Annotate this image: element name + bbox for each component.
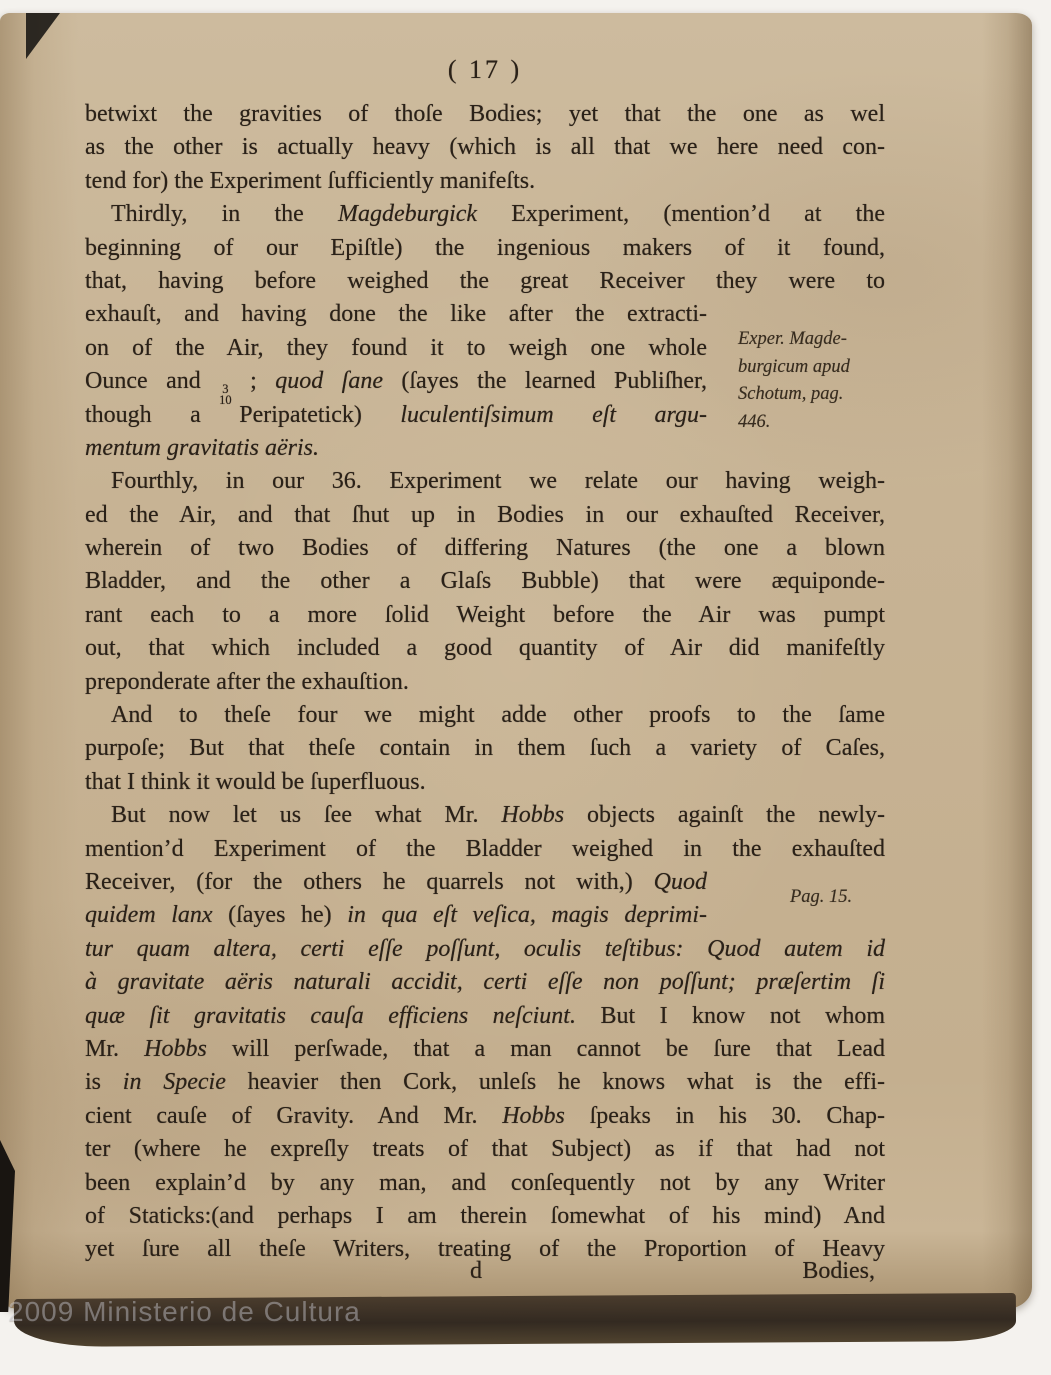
text-line: as the other is actually heavy (which is… — [85, 131, 885, 164]
page-number: ( 17 ) — [85, 55, 885, 85]
text-line: out, that which included a good quantity… — [85, 632, 885, 665]
text-line: à gravitate aëris naturali accidit, cert… — [85, 966, 885, 999]
text-line: quidem lanx (ſayes he) in qua eſt veſica… — [85, 899, 707, 932]
text-line: Thirdly, in the Magdeburgick Experiment,… — [85, 198, 885, 231]
body-text: betwixt the gravities of thoſe Bodies; y… — [85, 98, 885, 1267]
text-line: tur quam altera, certi eſſe poſſunt, ocu… — [85, 933, 885, 966]
text-line: that I think it would be ſuperfluous. — [85, 766, 885, 799]
text-line: Fourthly, in our 36. Experiment we relat… — [85, 465, 885, 498]
text-line: quæ ſit gravitatis cauſa efficiens neſci… — [85, 1000, 885, 1033]
text-line: exhauſt, and having done the like after … — [85, 298, 707, 331]
text-line: that, having before weighed the great Re… — [85, 265, 885, 298]
margin-note-line: 446. — [738, 409, 938, 437]
text-line: though a Peripatetick) luculentiſsimum e… — [85, 399, 707, 432]
text-line: on of the Air, they found it to weigh on… — [85, 332, 707, 365]
text-line: mention’d Experiment of the Bladder weig… — [85, 833, 885, 866]
text-line: of Staticks:(and perhaps I am therein ſo… — [85, 1200, 885, 1233]
text-line: Mr. Hobbs will perſwade, that a man cann… — [85, 1033, 885, 1066]
text-line: rant each to a more ſolid Weight before … — [85, 599, 885, 632]
text-line: preponderate after the exhauſtion. — [85, 666, 885, 699]
margin-note-line: burgicum apud — [738, 354, 938, 382]
margin-note-magdeburg: Exper. Magde-burgicum apudSchotum, pag.4… — [738, 326, 938, 436]
text-line: tend for) the Experiment ſufficiently ma… — [85, 165, 885, 198]
text-line: ter (where he expreſly treats of that Su… — [85, 1133, 885, 1166]
signature-row: d Bodies, — [85, 1258, 885, 1292]
text-line: Ounce and 310 ; quod ſane (ſayes the lea… — [85, 365, 707, 398]
text-line: betwixt the gravities of thoſe Bodies; y… — [85, 98, 885, 131]
text-line: Bladder, and the other a Glaſs Bubble) t… — [85, 565, 885, 598]
binding-corner-shadow — [26, 13, 60, 59]
text-line: But now let us ſee what Mr. Hobbs object… — [85, 799, 885, 832]
text-line: cient cauſe of Gravity. And Mr. Hobbs ſp… — [85, 1100, 885, 1133]
text-line: is in Specie heavier then Cork, unleſs h… — [85, 1066, 885, 1099]
signature-mark: d — [470, 1258, 482, 1285]
text-column: ( 17 ) betwixt the gravities of thoſe Bo… — [85, 0, 885, 1375]
margin-note-line: Exper. Magde- — [738, 326, 938, 354]
margin-note-pag15: Pag. 15. — [790, 884, 990, 912]
text-line: And to theſe four we might adde other pr… — [85, 699, 885, 732]
text-line: mentum gravitatis aëris. — [85, 432, 885, 465]
text-line: ed the Air, and that ſhut up in Bodies i… — [85, 499, 885, 532]
margin-note-line: Pag. 15. — [790, 884, 990, 912]
text-line: beginning of our Epiſtle) the ingenious … — [85, 232, 885, 265]
text-line: wherein of two Bodies of differing Natur… — [85, 532, 885, 565]
margin-note-line: Schotum, pag. — [738, 381, 938, 409]
text-line: purpoſe; But that theſe contain in them … — [85, 732, 885, 765]
text-line: Receiver, (for the others he quarrels no… — [85, 866, 707, 899]
text-line: been explain’d by any man, and conſequen… — [85, 1167, 885, 1200]
catchword: Bodies, — [802, 1258, 875, 1285]
